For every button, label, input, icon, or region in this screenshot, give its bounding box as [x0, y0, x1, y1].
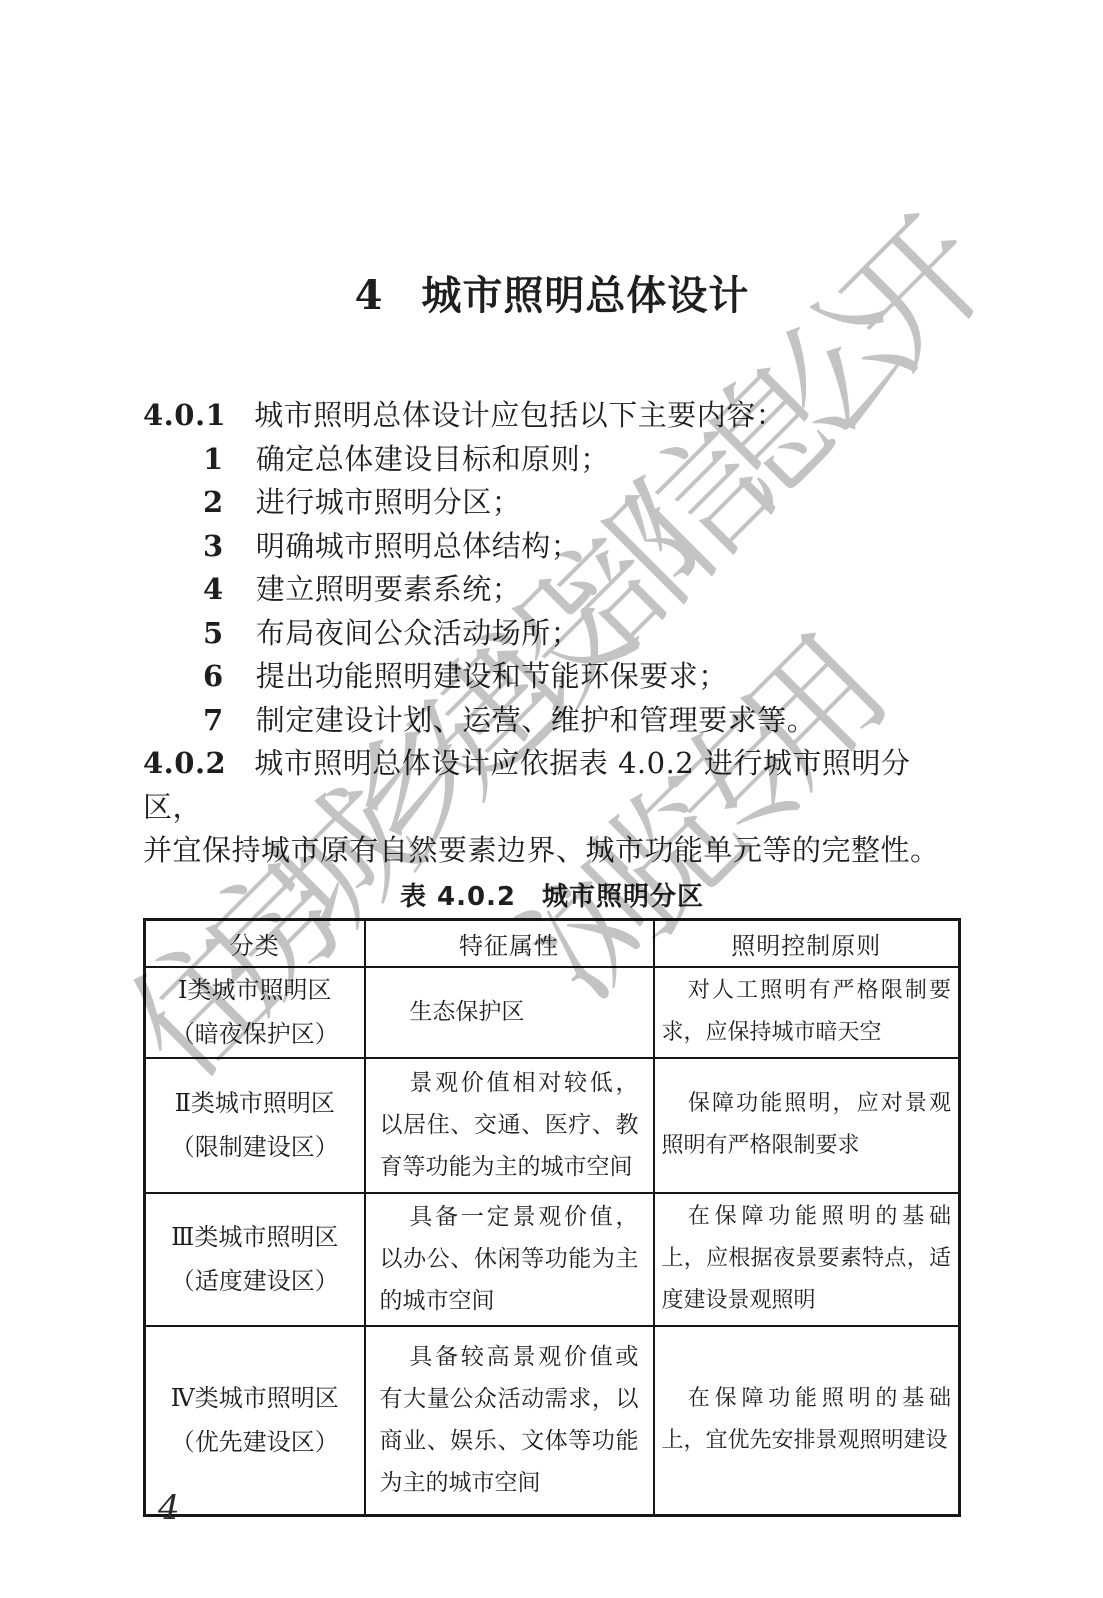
clause-4-0-1: 4.0.1城市照明总体设计应包括以下主要内容： [143, 394, 961, 438]
page-content: 4城市照明总体设计 4.0.1城市照明总体设计应包括以下主要内容： 1确定总体建… [143, 0, 961, 1517]
list-item-5: 5布局夜间公众活动场所； [143, 612, 961, 656]
category-zone1-line1: Ⅰ类城市照明区 [152, 968, 358, 1012]
principle-cell-zone1: 对人工照明有严格限制要求，应保持城市暗天空 [654, 967, 960, 1058]
clause-4-0-1-text: 城市照明总体设计应包括以下主要内容： [254, 398, 785, 432]
category-zone1-line2: （暗夜保护区） [152, 1012, 358, 1056]
category-zone3-line2: （适度建设区） [152, 1259, 358, 1303]
list-item-7-number: 7 [203, 703, 224, 737]
column-header-attribute: 特征属性 [365, 919, 654, 967]
table-header-row: 分类 特征属性 照明控制原则 [145, 919, 960, 967]
clause-4-0-1-number: 4.0.1 [143, 398, 226, 432]
category-cell-zone3: Ⅲ类城市照明区 （适度建设区） [145, 1193, 365, 1326]
list-item-6: 6提出功能照明建设和节能环保要求； [143, 655, 961, 699]
category-cell-zone4: Ⅳ类城市照明区 （优先建设区） [145, 1326, 365, 1516]
column-header-category: 分类 [145, 919, 365, 967]
list-item-1: 1确定总体建设目标和原则； [143, 438, 961, 482]
chapter-title: 4城市照明总体设计 [143, 0, 961, 320]
table-caption-label: 表 4.0.2 [400, 882, 516, 912]
page-number: 4 [158, 1488, 180, 1528]
list-item-6-number: 6 [203, 659, 224, 693]
attribute-cell-zone4: 具备较高景观价值或有大量公众活动需求，以商业、娱乐、文体等功能为主的城市空间 [365, 1326, 654, 1516]
table-row-zone4: Ⅳ类城市照明区 （优先建设区） 具备较高景观价值或有大量公众活动需求，以商业、娱… [145, 1326, 960, 1516]
list-item-3-text: 明确城市照明总体结构； [256, 529, 581, 563]
list-item-4-number: 4 [203, 572, 224, 606]
list-item-4-text: 建立照明要素系统； [256, 572, 522, 606]
chapter-title-text: 城市照明总体设计 [421, 272, 749, 319]
list-item-1-number: 1 [203, 442, 224, 476]
attribute-cell-zone2: 景观价值相对较低，以居住、交通、医疗、教育等功能为主的城市空间 [365, 1058, 654, 1193]
clause-4-0-2-number: 4.0.2 [143, 746, 226, 780]
category-zone2-line2: （限制建设区） [152, 1125, 358, 1169]
list-item-4: 4建立照明要素系统； [143, 568, 961, 612]
list-item-7: 7制定建设计划、运营、维护和管理要求等。 [143, 699, 961, 743]
list-item-5-text: 布局夜间公众活动场所； [256, 616, 581, 650]
list-item-1-text: 确定总体建设目标和原则； [256, 442, 610, 476]
attribute-zone1-text: 生态保护区 [380, 991, 639, 1033]
principle-zone2-text: 保障功能照明，应对景观照明有严格限制要求 [662, 1083, 952, 1167]
attribute-cell-zone3: 具备一定景观价值，以办公、休闲等功能为主的城市空间 [365, 1193, 654, 1326]
list-item-6-text: 提出功能照明建设和节能环保要求； [256, 659, 728, 693]
attribute-zone4-text: 具备较高景观价值或有大量公众活动需求，以商业、娱乐、文体等功能为主的城市空间 [380, 1336, 639, 1504]
chapter-number: 4 [355, 272, 384, 319]
principle-cell-zone2: 保障功能照明，应对景观照明有严格限制要求 [654, 1058, 960, 1193]
table-body: Ⅰ类城市照明区 （暗夜保护区） 生态保护区 对人工照明有严格限制要求，应保持城市… [145, 967, 960, 1516]
clause-4-0-2-text-line1: 城市照明总体设计应依据表 4.0.2 进行城市照明分区， [143, 746, 910, 824]
table-row-zone2: Ⅱ类城市照明区 （限制建设区） 景观价值相对较低，以居住、交通、医疗、教育等功能… [145, 1058, 960, 1193]
table-header: 分类 特征属性 照明控制原则 [145, 919, 960, 967]
principle-zone4-text: 在保障功能照明的基础上，宜优先安排景观照明建设 [662, 1378, 952, 1462]
list-item-7-text: 制定建设计划、运营、维护和管理要求等。 [256, 703, 817, 737]
table-caption-title: 城市照明分区 [542, 882, 704, 912]
clause-4-0-1-list: 1确定总体建设目标和原则； 2进行城市照明分区； 3明确城市照明总体结构； 4建… [143, 438, 961, 743]
category-zone4-line1: Ⅳ类城市照明区 [152, 1376, 358, 1420]
column-header-principle: 照明控制原则 [654, 919, 960, 967]
list-item-5-number: 5 [203, 616, 224, 650]
attribute-zone3-text: 具备一定景观价值，以办公、休闲等功能为主的城市空间 [380, 1196, 639, 1322]
attribute-zone2-text: 景观价值相对较低，以居住、交通、医疗、教育等功能为主的城市空间 [380, 1062, 639, 1188]
list-item-2: 2进行城市照明分区； [143, 481, 961, 525]
category-cell-zone1: Ⅰ类城市照明区 （暗夜保护区） [145, 967, 365, 1058]
principle-cell-zone3: 在保障功能照明的基础上，应根据夜景要素特点，适度建设景观照明 [654, 1193, 960, 1326]
table-row-zone1: Ⅰ类城市照明区 （暗夜保护区） 生态保护区 对人工照明有严格限制要求，应保持城市… [145, 967, 960, 1058]
table-caption: 表 4.0.2城市照明分区 [143, 879, 961, 915]
clause-4-0-2-line1: 4.0.2城市照明总体设计应依据表 4.0.2 进行城市照明分区， [143, 742, 961, 829]
list-item-2-text: 进行城市照明分区； [256, 485, 522, 519]
principle-zone1-text: 对人工照明有严格限制要求，应保持城市暗天空 [662, 970, 952, 1054]
category-zone2-line1: Ⅱ类城市照明区 [152, 1081, 358, 1125]
list-item-3-number: 3 [203, 529, 224, 563]
principle-zone3-text: 在保障功能照明的基础上，应根据夜景要素特点，适度建设景观照明 [662, 1196, 952, 1322]
table-row-zone3: Ⅲ类城市照明区 （适度建设区） 具备一定景观价值，以办公、休闲等功能为主的城市空… [145, 1193, 960, 1326]
category-zone4-line2: （优先建设区） [152, 1420, 358, 1464]
attribute-cell-zone1: 生态保护区 [365, 967, 654, 1058]
document-page: 住房城乡建设部信息公开 浏览专用 4城市照明总体设计 4.0.1城市照明总体设计… [0, 0, 1103, 1598]
category-cell-zone2: Ⅱ类城市照明区 （限制建设区） [145, 1058, 365, 1193]
list-item-3: 3明确城市照明总体结构； [143, 525, 961, 569]
principle-cell-zone4: 在保障功能照明的基础上，宜优先安排景观照明建设 [654, 1326, 960, 1516]
list-item-2-number: 2 [203, 485, 224, 519]
clause-4-0-2-line2: 并宜保持城市原有自然要素边界、城市功能单元等的完整性。 [143, 829, 961, 873]
lighting-zones-table: 分类 特征属性 照明控制原则 Ⅰ类城市照明区 （暗夜保护区） 生态保护区 对人工… [143, 918, 961, 1517]
category-zone3-line1: Ⅲ类城市照明区 [152, 1215, 358, 1259]
